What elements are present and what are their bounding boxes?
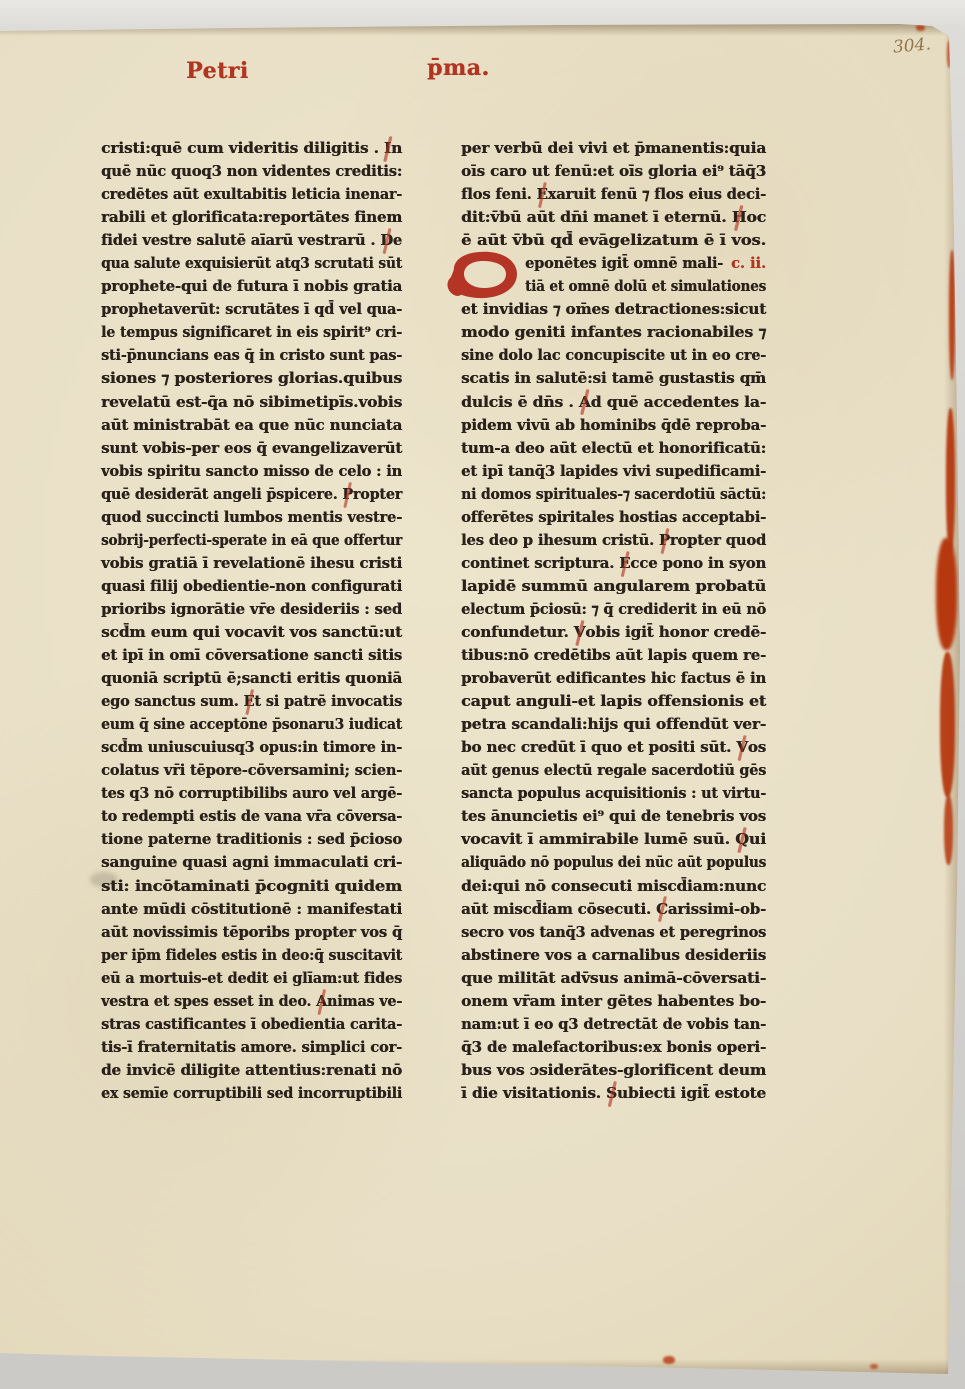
rubricated-capital: A — [579, 391, 591, 414]
text-line: dulcis ē dn̄s . Ad quē accedentes la- — [461, 391, 766, 414]
text-line: que militāt adv̄sus animā-cōversati- — [461, 967, 766, 990]
text-line: per verbū dei vivi et p̄manentis:quia — [461, 137, 766, 160]
text-line: et ipī tanq̄3 lapides vivi supedificami- — [461, 460, 766, 483]
text-line: ante mūdi cōstitutionē : manifestati — [101, 898, 402, 921]
text-line: colatus vr̄i tēpore-cōversamini; scien- — [101, 759, 402, 782]
text-line: aūt genus electū regale sacerdotiū gēs — [461, 759, 766, 782]
text-line: nam:ut ī eo q3 detrectāt de vobis tan- — [461, 1013, 766, 1036]
text-line: stras castificantes ī obedientia carita- — [101, 1013, 402, 1036]
text-line: probaverūt edificantes hic factus ē in — [461, 667, 766, 690]
rubricated-capital: I — [384, 137, 391, 160]
chapter-marker: c. ii. — [731, 252, 766, 275]
text-line: petra scandali:hijs qui offendūt ver- — [461, 713, 766, 736]
fore-edge-stain — [663, 1356, 675, 1364]
running-title-prima: p̄ma. — [427, 55, 490, 81]
text-line: aūt novissimis tēporibs propter vos q̄ — [101, 921, 402, 944]
text-line: q̄3 de malefactoribus:ex bonis operi- — [461, 1036, 766, 1059]
text-line: per ip̄m fideles estis in deo:q̄ suscita… — [101, 944, 402, 967]
text-line: bus vos ɔsiderātes-glorificent deum — [461, 1059, 766, 1082]
rubricated-capital: E — [243, 690, 254, 713]
page-edge-shadow-bottom — [0, 1359, 965, 1379]
text-line: confundetur. Vobis igit̄ honor credē- — [461, 621, 766, 644]
text-line: ni domos spirituales-⁊ sacerdotiū sāctū: — [461, 483, 766, 506]
text-line: tes q3 nō corruptibilibs auro vel argē- — [101, 782, 402, 805]
text-line: revelatū est-q̄a nō sibimetipīs.vobis — [101, 391, 402, 414]
text-line: bo nec credūt ī quo et positi sūt. Vos — [461, 736, 766, 759]
rubricated-capital: E — [537, 183, 548, 206]
text-line: scatis in salutē:si tamē gustastis qm̄ — [461, 367, 766, 390]
text-line: eum q̄ sine acceptōne p̄sonaru3 iudicat — [101, 713, 402, 736]
text-line: fidei vestre salutē aīarū vestrarū . De — [101, 229, 402, 252]
fore-edge-stain — [870, 1364, 878, 1369]
text-line: prophetaverūt: scrutātes ī qd̄ vel qua- — [101, 298, 402, 321]
text-line: to redempti estis de vana vr̄a cōversa- — [101, 805, 402, 828]
rubricated-capital: S — [606, 1082, 617, 1105]
text-line: eū a mortuis-et dedit ei glīam:ut fides — [101, 967, 402, 990]
text-line: electum p̄ciosū: ⁊ q̄ crediderit in eū n… — [461, 598, 766, 621]
chapter-initial-d: D — [446, 250, 520, 300]
text-line: le tempus significaret in eis spirit⁹ cr… — [101, 321, 402, 344]
pencil-note: pr 9 — [424, 4, 451, 20]
text-line: tione paterne traditionis : sed p̄cioso — [101, 828, 402, 851]
text-line: vobis spiritu sancto misso de celo : in — [101, 460, 402, 483]
text-line: sunt vobis-per eos q̄ evangelizaverūt — [101, 437, 402, 460]
text-line: vocavit ī ammirabile lumē suū. Qui — [461, 828, 766, 851]
rubricated-capital: C — [656, 898, 668, 921]
text-line: onem vr̄am inter gētes habentes bo- — [461, 990, 766, 1013]
rubricated-capital: E — [619, 552, 630, 575]
text-line: flos feni. Exaruit fenū ⁊ flos eius deci… — [461, 183, 766, 206]
text-line: quē nūc quoq3 non videntes creditis: — [101, 160, 402, 183]
text-line: credētes aūt exultabitis leticia inenar- — [101, 183, 402, 206]
text-line: scd̄m uniuscuiusq3 opus:in timore in- — [101, 736, 402, 759]
manuscript-page: pr 9 Petri p̄ma. 304. cristi:quē cum vid… — [0, 0, 965, 1389]
text-line: rabili et glorificata:reportātes finem — [101, 206, 402, 229]
text-line: sancta populus acquisitionis : ut virtu- — [461, 782, 766, 805]
text-line: ex semīe corruptibili sed incorruptibili — [101, 1082, 402, 1105]
text-line: lapidē summū angularem probatū — [461, 575, 766, 598]
page-edge-shadow-top — [0, 22, 965, 36]
text-line: aūt ministrabāt ea que nūc nunciata — [101, 414, 402, 437]
rubricated-capital: Q — [735, 828, 749, 851]
fore-edge-stain — [944, 795, 953, 865]
text-line: tis-ī fraternitatis amore. simplici cor- — [101, 1036, 402, 1059]
text-line: vobis gratiā ī revelationē ihesu cristi — [101, 552, 402, 575]
text-line: continet scriptura. Ecce pono in syon — [461, 552, 766, 575]
text-line: et invidias ⁊ om̄es detractiones:sicut — [461, 298, 766, 321]
rubricated-capital: H — [732, 206, 747, 229]
text-line: dei:qui nō consecuti miscd̄iam:nunc — [461, 875, 766, 898]
text-line: sanguine quasi agni immaculati cri- — [101, 851, 402, 874]
text-line: quoniā scriptū ē;sancti eritis quoniā — [101, 667, 402, 690]
running-title-petri: Petri — [186, 58, 249, 84]
text-line: scd̄m eum qui vocavit vos sanctū:ut — [101, 621, 402, 644]
text-line: tum-a deo aūt electū et honorificatū: — [461, 437, 766, 460]
text-line: prophete-qui de futura ī nobis gratia — [101, 275, 402, 298]
text-line: caput anguli-et lapis offensionis et — [461, 690, 766, 713]
fore-edge-stain — [946, 408, 955, 553]
lombard-d-icon — [446, 250, 520, 300]
text-line: aliquādo nō populus dei nūc aūt populus — [461, 851, 766, 874]
fore-edge-stain — [940, 652, 955, 797]
fore-edge-stain — [916, 24, 925, 31]
text-line: abstinere vos a carnalibus desideriis — [461, 944, 766, 967]
text-line: les deo p ihesum cristū. Propter quod — [461, 529, 766, 552]
rubricated-capital: V — [736, 736, 748, 759]
text-line: quasi filij obedientie-non configurati — [101, 575, 402, 598]
rubricated-capital: P — [659, 529, 670, 552]
text-column-left: cristi:quē cum videritis diligitis . Inq… — [101, 137, 402, 1105]
text-line: modo geniti infantes racionabiles ⁊ — [461, 321, 766, 344]
folio-number: 304. — [892, 34, 931, 57]
rubricated-capital: P — [342, 483, 353, 506]
text-line: secro vos tanq̄3 advenas et peregrinos — [461, 921, 766, 944]
text-line: de invicē diligite attentius:renati nō — [101, 1059, 402, 1082]
text-line: ī die visitationis. Subiecti igit̄ estot… — [461, 1082, 766, 1105]
text-line: sti-p̄nuncians eas q̄ in cristo sunt pas… — [101, 344, 402, 367]
text-line: quē desiderāt angeli p̄spicere. Propter — [101, 483, 402, 506]
text-line: siones ⁊ posteriores glorias.quibus — [101, 367, 402, 390]
text-line: ē aūt v̄bū qd̄ evāgelizatum ē ī vos. — [461, 229, 766, 252]
rubricated-capital: D — [380, 229, 393, 252]
text-line: sine dolo lac concupiscite ut in eo cre- — [461, 344, 766, 367]
text-line: pidem vivū ab hominibs q̄dē reproba- — [461, 414, 766, 437]
rubricated-capital: A — [316, 990, 327, 1013]
text-line: sti: incōtaminati p̄cogniti quidem — [101, 875, 402, 898]
fore-edge-stain — [949, 250, 955, 380]
text-line: tibus:nō credētibs aūt lapis quem re- — [461, 644, 766, 667]
text-line: cristi:quē cum videritis diligitis . In — [101, 137, 402, 160]
fore-edge-stain — [947, 40, 952, 68]
fore-edge-stain — [936, 538, 957, 650]
text-line: tes ānuncietis ei⁹ qui de tenebris vos — [461, 805, 766, 828]
text-line: prioribs ignorātie vr̄e desideriis : sed — [101, 598, 402, 621]
text-line: vestra et spes esset in deo. Animas ve- — [101, 990, 402, 1013]
text-line: quod succincti lumbos mentis vestre- — [101, 506, 402, 529]
text-line: offerētes spiritales hostias acceptabi- — [461, 506, 766, 529]
text-line: sobrij-perfecti-sperate in eā que offert… — [101, 529, 402, 552]
text-line: et ipī in omī cōversatione sancti sitis — [101, 644, 402, 667]
text-line: qua salute exquisierūt atq3 scrutati sūt — [101, 252, 402, 275]
text-line: dit:v̄bū aūt dn̄i manet ī eternū. Hoc — [461, 206, 766, 229]
text-line: oīs caro ut fenū:et oīs gloria ei⁹ tāq̄3 — [461, 160, 766, 183]
rubricated-capital: V — [574, 621, 586, 644]
text-line: ego sanctus sum. Et si patrē invocatis — [101, 690, 402, 713]
text-line: aūt miscd̄iam cōsecuti. Carissimi-ob- — [461, 898, 766, 921]
